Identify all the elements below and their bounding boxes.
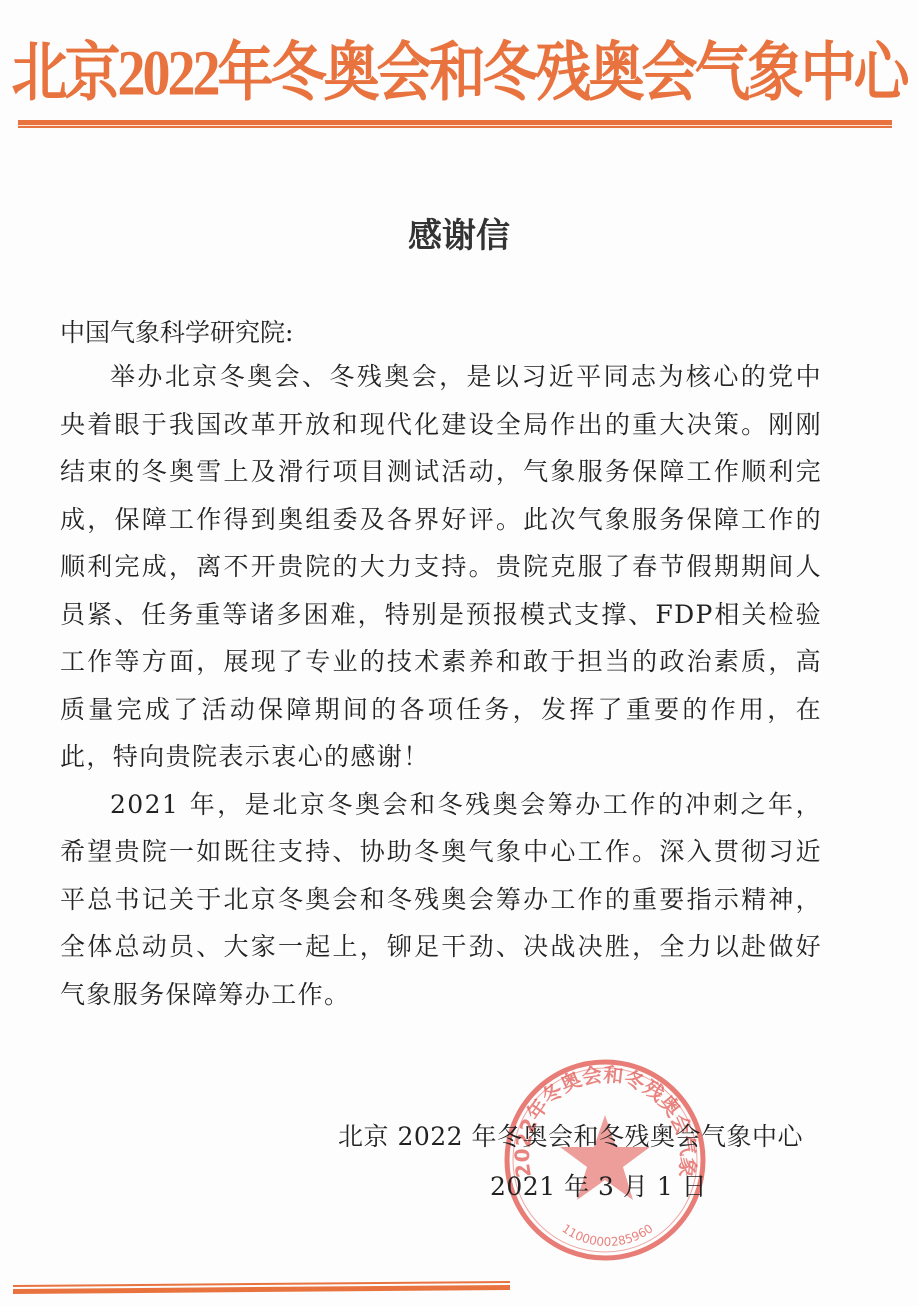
letterhead: 北京2022年冬奥会和冬残奥会气象中心: [0, 22, 918, 114]
paragraph-2: 2021 年，是北京冬奥会和冬残奥会筹办工作的冲刺之年，希望贵院一如既往支持、协…: [60, 781, 822, 1019]
header-divider: [18, 120, 892, 128]
salutation: 中国气象科学研究院:: [60, 313, 293, 349]
signature: 北京 2022 年冬奥会和冬残奥会气象中心: [338, 1117, 803, 1153]
date: 2021 年 3 月 1 日: [490, 1167, 707, 1203]
paragraph-1: 举办北京冬奥会、冬残奥会，是以习近平同志为核心的党中央着眼于我国改革开放和现代化…: [60, 353, 822, 781]
letter-title: 感谢信: [0, 208, 918, 257]
letter-body: 举办北京冬奥会、冬残奥会，是以习近平同志为核心的党中央着眼于我国改革开放和现代化…: [60, 353, 822, 1018]
footer-divider: [0, 1270, 918, 1300]
official-seal-icon: 北京2022年冬奥会和冬残奥会气象中心 1100000285960: [500, 1055, 710, 1265]
